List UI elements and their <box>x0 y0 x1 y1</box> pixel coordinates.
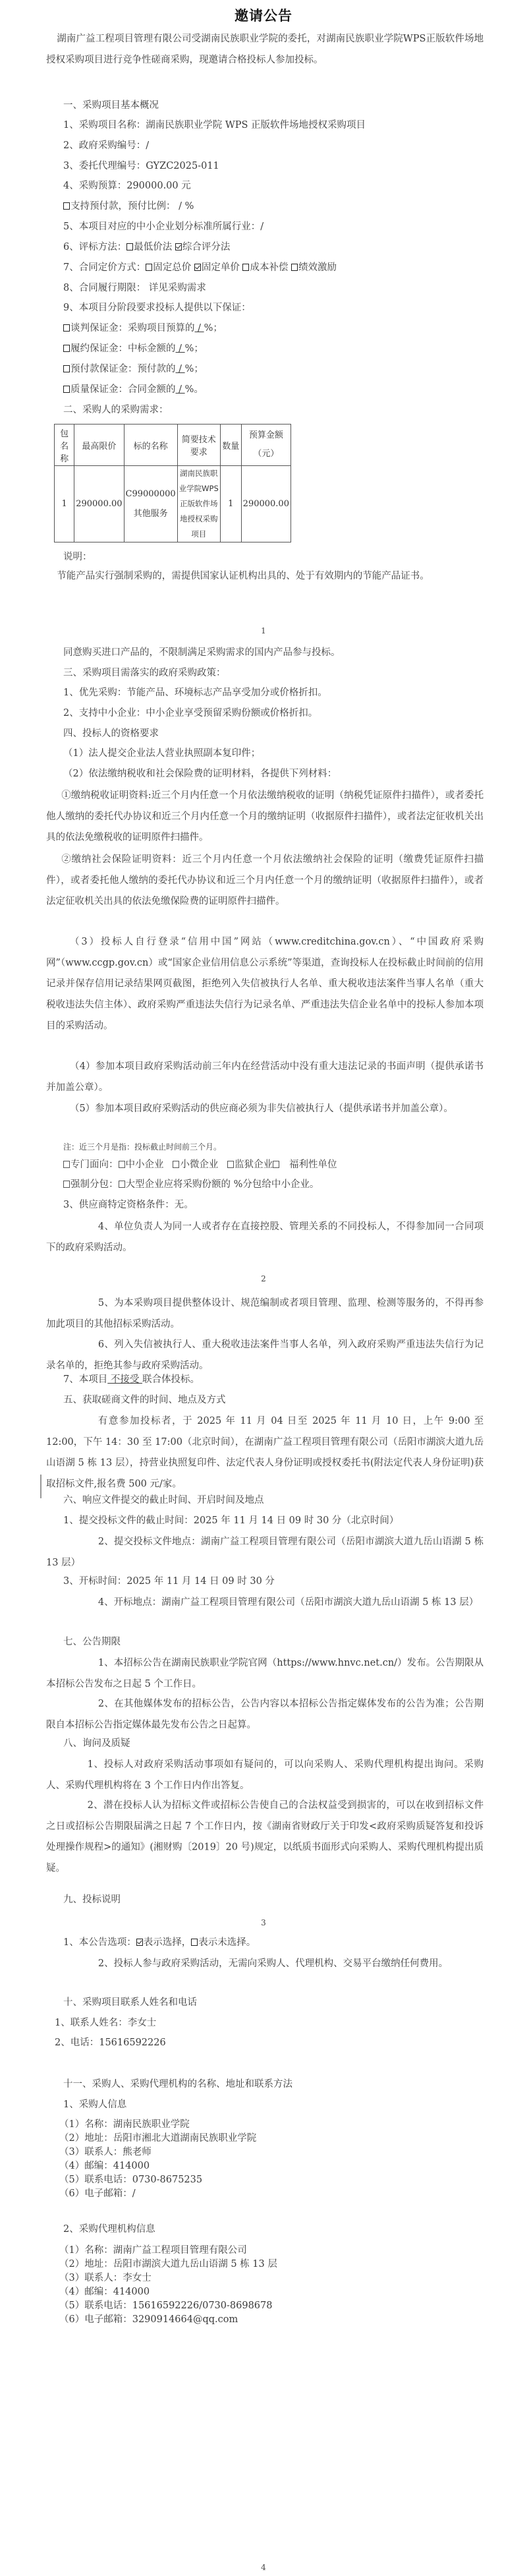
contact-phone: 2、电话：15616592226 <box>55 2036 166 2049</box>
import-text: 同意购买进口产品的，不限制满足采购需求的国内产品参与投标。 <box>63 646 341 659</box>
purchaser-email: （6）电子邮箱：/ <box>59 2187 136 2200</box>
opening-location: 4、开标地点：湖南广益工程项目管理有限公司（岳阳市湖滨大道九岳山语湖 5 栋 1… <box>46 1591 484 1612</box>
requirements-table: 包名称 最高限价 标的名称 简要技术要求 数量 预算金额（元） 1 290000… <box>54 424 291 542</box>
prepayment-guarantee-label: 预付款保证金：预付款的 <box>70 364 176 374</box>
fixed-unit-checkbox[interactable] <box>194 264 201 271</box>
section8-heading: 八、询问及质疑 <box>63 1737 130 1750</box>
cell-tech-req: 湖南民族职业学院WPS正版软件场地授权采购项目 <box>177 466 220 542</box>
prison-enterprise-label: 监狱企业 <box>235 1159 273 1170</box>
quality-deposit-checkbox[interactable] <box>63 386 70 393</box>
mandatory-subcontract-label: 强制分包： <box>70 1179 119 1190</box>
challenge-text: 2、潜在投标人认为招标文件或招标公告使自己的合法权益受到损害的，可以在收到招标文… <box>46 1794 484 1879</box>
purchaser-phone: （5）联系电话：0730-8675235 <box>59 2173 202 2186</box>
comprehensive-score-label: 综合评分法 <box>182 242 231 252</box>
large-enterprise-label: 大型企业应将采购份额的 %分包给中小企业。 <box>126 1179 319 1190</box>
notice-period-2: 2、在其他媒体发布的招标公告，公告内容以本招标公告指定媒体发布的公告为准；公告期… <box>46 1693 484 1735</box>
note-text: 节能产品实行强制采购的，需提供国家认证机构出具的、处于有效期内的节能产品证书。 <box>46 565 484 586</box>
qualification-5: （5）参加本项目政府采购活动的供应商必须为非失信被执行人（提供承诺书并加盖公章）… <box>46 1098 484 1119</box>
header-package: 包名称 <box>55 424 74 466</box>
purchaser-postcode: （4）邮编：414000 <box>59 2159 150 2173</box>
sme-label: 中小企业 <box>126 1159 164 1170</box>
agency-info-heading: 2、采购代理机构信息 <box>63 2223 155 2236</box>
page-number-3: 3 <box>0 1918 527 1927</box>
qualification-2b: ②缴纳社会保险证明资料：近三个月内任意一个月依法缴纳社会保险的证明（缴费凭证原件… <box>46 848 484 912</box>
fixed-total-label: 固定总价 <box>153 262 191 273</box>
comprehensive-score-checkbox[interactable] <box>175 243 182 250</box>
performance-bond-row: 履约保证金：中标金额的 / %； <box>63 342 204 355</box>
section3-heading: 三、采购项目需落实的政府采购政策： <box>63 666 226 680</box>
specific-qualification: 3、供应商特定资格条件：无。 <box>63 1198 194 1212</box>
special-target-checkbox[interactable] <box>63 1161 70 1168</box>
special-target-label: 专门面向： <box>70 1159 119 1170</box>
performance-bond-checkbox[interactable] <box>63 345 70 352</box>
prepayment-guarantee-value: / <box>176 364 185 374</box>
header-max-price: 最高限价 <box>74 424 124 466</box>
agency-postcode: （4）邮编：414000 <box>59 2285 150 2298</box>
prepayment-guarantee-unit: %； <box>185 364 204 374</box>
page-number-2: 2 <box>0 1274 527 1283</box>
page-number-4: 4 <box>0 2563 527 2572</box>
welfare-unit-label: 福利性单位 <box>289 1159 337 1170</box>
checked-example-icon <box>136 1939 143 1946</box>
negotiation-deposit-unit: %； <box>204 323 223 334</box>
prepay-row: 支持预付款，预付比例： / % <box>63 200 194 213</box>
sme-checkbox[interactable] <box>119 1161 125 1168</box>
header-subject: 标的名称 <box>124 424 177 466</box>
gov-procurement-number: 2、政府采购编号：/ <box>63 139 149 152</box>
section5-heading: 五、获取磋商文件的时间、地点及方式 <box>63 1393 226 1407</box>
section4-heading: 四、投标人的资格要求 <box>63 727 159 740</box>
sme-industry: 5、本项目对应的中小企业划分标准所属行业：/ <box>63 220 263 233</box>
policy-item-2: 2、支持中小企业：中小企业享受预留采购份额或价格折扣。 <box>63 707 318 720</box>
consortium-label: 7、本项目 <box>63 1374 107 1385</box>
micro-enterprise-checkbox[interactable] <box>173 1161 179 1168</box>
qualification-2: （2）依法缴纳税收和社会保险费的证明材料，各提供下列材料： <box>63 767 337 780</box>
guarantee-intro: 9、本项目分阶段要求投标人提供以下保证： <box>63 301 251 314</box>
consortium-row: 7、本项目 不接受 联合体投标。 <box>63 1373 200 1386</box>
cell-max-price: 290000.00 <box>74 466 124 542</box>
lowest-price-label: 最低价法 <box>134 242 172 252</box>
fixed-unit-label: 固定单价 <box>202 262 240 273</box>
design-service-rule: 5、为本采购项目提供整体设计、规范编制或者项目管理、监理、检测等服务的，不得再参… <box>46 1292 484 1334</box>
purchaser-name: （1）名称：湖南民族职业学院 <box>59 2118 190 2131</box>
section1-heading: 一、采购项目基本概况 <box>63 99 159 112</box>
mandatory-subcontract-checkbox[interactable] <box>63 1181 70 1188</box>
checked-meaning: 表示选择， <box>144 1937 192 1948</box>
purchaser-info-heading: 1、采购人信息 <box>63 2098 126 2111</box>
prison-enterprise-checkbox[interactable] <box>227 1161 234 1168</box>
cell-package: 1 <box>55 466 74 542</box>
performance-bond-value: / <box>176 343 185 354</box>
option-legend-row: 1、本公告选项：表示选择，表示未选择。 <box>63 1936 256 1949</box>
quality-deposit-unit: %。 <box>185 384 204 395</box>
pricing-method-row: 7、合同定价方式：固定总价 固定单价 成本补偿 绩效激励 <box>63 261 337 274</box>
header-budget: 预算金额（元） <box>241 424 291 466</box>
agency-contact: （3）联系人：李女士 <box>59 2271 152 2285</box>
policy-item-1: 1、优先采购：节能产品、环境标志产品享受加分或价格折扣。 <box>63 686 327 699</box>
pricing-method-label: 7、合同定价方式： <box>63 262 146 273</box>
document-acquisition-text: 有意参加投标者，于 2025 年 11 月 04 日至 2025 年 11 月 … <box>46 1410 484 1494</box>
page-number-1: 1 <box>0 626 527 635</box>
project-name: 1、采购项目名称：湖南民族职业学院 WPS 正版软件场地授权采购项目 <box>63 119 366 132</box>
prepay-label: 支持预付款，预付比例： / % <box>70 201 194 212</box>
cost-compensation-checkbox[interactable] <box>242 264 249 271</box>
section10-heading: 十、采购项目联系人姓名和电话 <box>63 1996 197 2009</box>
performance-incentive-checkbox[interactable] <box>291 264 298 271</box>
purchaser-contact: （3）联系人：熊老师 <box>59 2146 152 2159</box>
negotiation-deposit-checkbox[interactable] <box>63 324 70 332</box>
evaluation-method-row: 6、评标方法：最低价法 综合评分法 <box>63 241 230 254</box>
header-quantity: 数量 <box>220 424 241 466</box>
header-tech-req: 简要技术要求 <box>177 424 220 466</box>
document-page: 邀请公告 湖南广益工程项目管理有限公司受湖南民族职业学院的委托，对湖南民族职业学… <box>0 0 527 2576</box>
negotiation-deposit-value: / <box>195 323 204 334</box>
agency-name: （1）名称：湖南广益工程项目管理有限公司 <box>59 2244 247 2257</box>
agency-address: （2）地址：岳阳市湖滨大道九岳山语湖 5 栋 13 层 <box>59 2258 277 2271</box>
large-enterprise-checkbox[interactable] <box>119 1181 125 1188</box>
prepayment-guarantee-checkbox[interactable] <box>63 365 70 372</box>
performance-bond-label: 履约保证金：中标金额的 <box>70 343 176 354</box>
performance-bond-unit: %； <box>185 343 204 354</box>
submission-location: 2、提交投标文件地点：湖南广益工程项目管理有限公司（岳阳市湖滨大道九岳山语湖 5… <box>46 1531 484 1573</box>
notice-period-1: 1、本招标公告在湖南民族职业学院官网（https://www.hnvc.net.… <box>46 1652 484 1694</box>
cell-subject: C99000000 其他服务 <box>124 466 177 542</box>
submission-deadline: 1、提交投标文件的截止时间：2025 年 11 月 14 日 09 时 30 分… <box>63 1514 399 1527</box>
quality-deposit-value: / <box>176 384 185 395</box>
agency-phone: （5）联系电话：15616592226/0730-8698678 <box>59 2299 272 2312</box>
table-header-row: 包名称 最高限价 标的名称 简要技术要求 数量 预算金额（元） <box>55 424 291 466</box>
opening-time: 3、开标时间：2025 年 11 月 14 日 09 时 30 分 <box>63 1575 275 1588</box>
three-months-note: 注：近三个月是指：投标截止时间前三个月。 <box>63 1140 221 1154</box>
prepay-checkbox[interactable] <box>63 202 70 210</box>
no-fee-text: 2、投标人参与政府采购活动，无需向采购人、代理机构、交易平台缴纳任何费用。 <box>46 1952 484 1974</box>
cost-compensation-label: 成本补偿 <box>250 262 288 273</box>
qualification-2a: ①缴纳税收证明资料:近三个月内任意一个月依法缴纳税收的证明（纳税凭证原件扫描件）… <box>46 784 484 848</box>
section2-heading: 二、采购人的采购需求： <box>63 403 169 417</box>
micro-enterprise-label: 小微企业 <box>180 1159 218 1170</box>
mandatory-subcontract-row: 强制分包：大型企业应将采购份额的 %分包给中小企业。 <box>63 1178 319 1191</box>
dishonest-rule: 6、列入失信被执行人、重大税收违法案件当事人名单，列入政府采购严重违法失信行为记… <box>46 1333 484 1376</box>
lowest-price-checkbox[interactable] <box>126 243 133 250</box>
budget: 4、采购预算：290000.00 元 <box>63 179 191 192</box>
quality-deposit-label: 质量保证金：合同金额的 <box>70 384 176 395</box>
same-principal-rule: 4、单位负责人为同一人或者存在直接控股、管理关系的不同投标人，不得参加同一合同项… <box>46 1215 484 1258</box>
note-label: 说明： <box>63 550 92 564</box>
welfare-unit-checkbox[interactable] <box>273 1161 279 1168</box>
negotiation-deposit-label: 谈判保证金：采购项目预算的 <box>70 323 195 334</box>
agency-email: （6）电子邮箱：3290914664@qq.com <box>59 2313 238 2326</box>
evaluation-method-label: 6、评标方法： <box>63 242 126 252</box>
section6-heading: 六、响应文件提交的截止时间、开启时间及地点 <box>63 1494 264 1507</box>
quality-deposit-row: 质量保证金：合同金额的 / %。 <box>63 383 204 396</box>
special-target-row: 专门面向：中小企业 小微企业 监狱企业 福利性单位 <box>63 1158 337 1171</box>
section9-heading: 九、投标说明 <box>63 1893 121 1906</box>
qualification-3: （3）投标人自行登录“信用中国”网站（www.creditchina.gov.c… <box>46 931 484 1036</box>
agency-number: 3、委托代理编号：GYZC2025-011 <box>63 160 219 173</box>
contract-term: 8、合同履行期限： 详见采购需求 <box>63 281 206 295</box>
performance-incentive-label: 绩效激励 <box>298 262 337 273</box>
inquiry-text: 1、投标人对政府采购活动事项如有疑问的，可以向采购人、采购代理机构提出询问。采购… <box>46 1753 484 1796</box>
cell-budget: 290000.00 <box>241 466 291 542</box>
change-bar <box>40 1475 42 1498</box>
purchaser-address: （2）地址：岳阳市湘北大道湖南民族职业学院 <box>59 2132 256 2145</box>
page-title: 邀请公告 <box>0 5 527 25</box>
contact-name: 1、联系人姓名：李女士 <box>55 2016 156 2030</box>
qualification-1: （1）法人提交企业法人营业执照副本复印件； <box>63 747 260 760</box>
consortium-suffix: 联合体投标。 <box>142 1374 200 1385</box>
fixed-total-checkbox[interactable] <box>146 264 152 271</box>
cell-quantity: 1 <box>220 466 241 542</box>
negotiation-deposit-row: 谈判保证金：采购项目预算的 / %； <box>63 322 223 335</box>
consortium-value: 不接受 <box>107 1374 142 1385</box>
prepayment-guarantee-row: 预付款保证金：预付款的 / %； <box>63 363 204 376</box>
table-row: 1 290000.00 C99000000 其他服务 湖南民族职业学院WPS正版… <box>55 466 291 542</box>
qualification-4: （4）参加本项目政府采购活动前三年内在经营活动中没有重大违法记录的书面声明（提供… <box>46 1055 484 1098</box>
unchecked-meaning: 表示未选择。 <box>198 1937 256 1948</box>
unchecked-example-icon <box>191 1939 198 1946</box>
section11-heading: 十一、采购人、采购代理机构的名称、地址和联系方法 <box>63 2078 292 2091</box>
option-legend-label: 1、本公告选项： <box>63 1937 136 1948</box>
section7-heading: 七、公告期限 <box>63 1635 121 1649</box>
intro-paragraph: 湖南广益工程项目管理有限公司受湖南民族职业学院的委托，对湖南民族职业学院WPS正… <box>46 28 484 70</box>
